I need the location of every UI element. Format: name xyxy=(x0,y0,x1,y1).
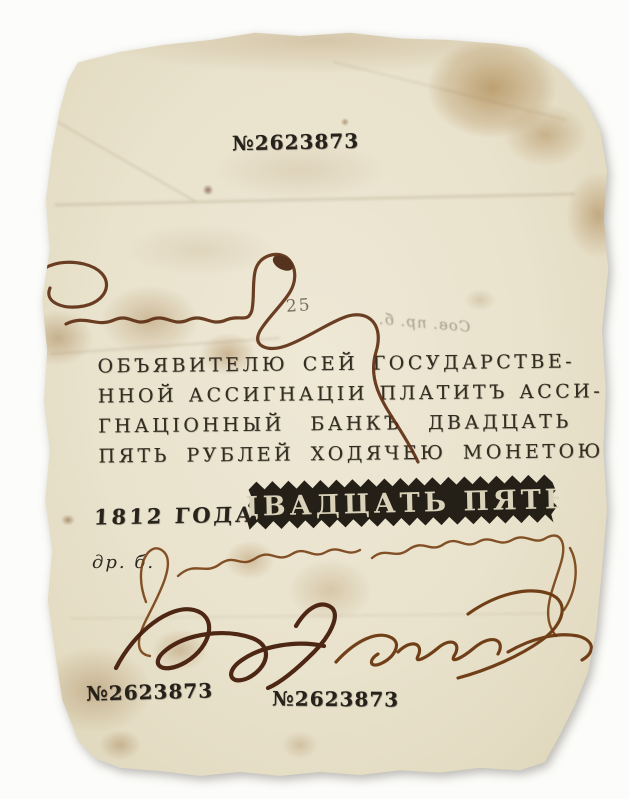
signature-cashier xyxy=(139,536,576,656)
serial-number-bottom-right: №2623873 xyxy=(272,686,399,711)
banknote-paper: Сов. пр. б. №2623873 25 ОБЪЯВИТЕЛЮ СЕЙ Г… xyxy=(0,0,629,799)
year-line: 1812 ГОДА. xyxy=(93,502,266,530)
paper-crease xyxy=(21,100,195,202)
signature-bottom-left xyxy=(116,605,335,688)
paper-shadow-wrap: Сов. пр. б. №2623873 25 ОБЪЯВИТЕЛЮ СЕЙ Г… xyxy=(0,0,629,799)
signature-bottom-right xyxy=(336,591,591,678)
obligation-line-4: ПЯТЬ РУБЛЕЙ ХОДЯЧЕЮ МОНЕТОЮ xyxy=(98,437,573,472)
serial-number-top: №2623873 xyxy=(232,129,360,156)
paper-crease xyxy=(70,612,550,619)
stamp-denomination-text: ДВАДЦАТЬ ПЯТЬ xyxy=(246,484,559,523)
obligation-line-3: ГНАЦІОННЫЙ БАНКЪ ДВАДЦАТЬ xyxy=(98,407,573,442)
series-mark: др. б. xyxy=(92,552,155,573)
stamp-zigzag-frame: ДВАДЦАТЬ ПЯТЬ xyxy=(246,470,559,536)
paper-crease xyxy=(55,193,575,207)
denomination-stamp: ДВАДЦАТЬ ПЯТЬ xyxy=(246,470,559,540)
mirrored-showthrough-text: Сов. пр. б. xyxy=(377,310,471,336)
paper-crease xyxy=(333,61,566,121)
obligation-line-1: ОБЪЯВИТЕЛЮ СЕЙ ГОСУДАРСТВЕ- xyxy=(97,347,572,382)
obligation-text-block: ОБЪЯВИТЕЛЮ СЕЙ ГОСУДАРСТВЕ- ННОЙ АССИГНА… xyxy=(97,347,573,472)
scanned-banknote-photo: Сов. пр. б. №2623873 25 ОБЪЯВИТЕЛЮ СЕЙ Г… xyxy=(0,0,629,799)
control-number: 25 xyxy=(285,295,312,317)
obligation-line-2: ННОЙ АССИГНАЦІИ ПЛАТИТЪ АССИ- xyxy=(98,377,573,412)
serial-number-bottom-left: №2623873 xyxy=(86,678,214,705)
